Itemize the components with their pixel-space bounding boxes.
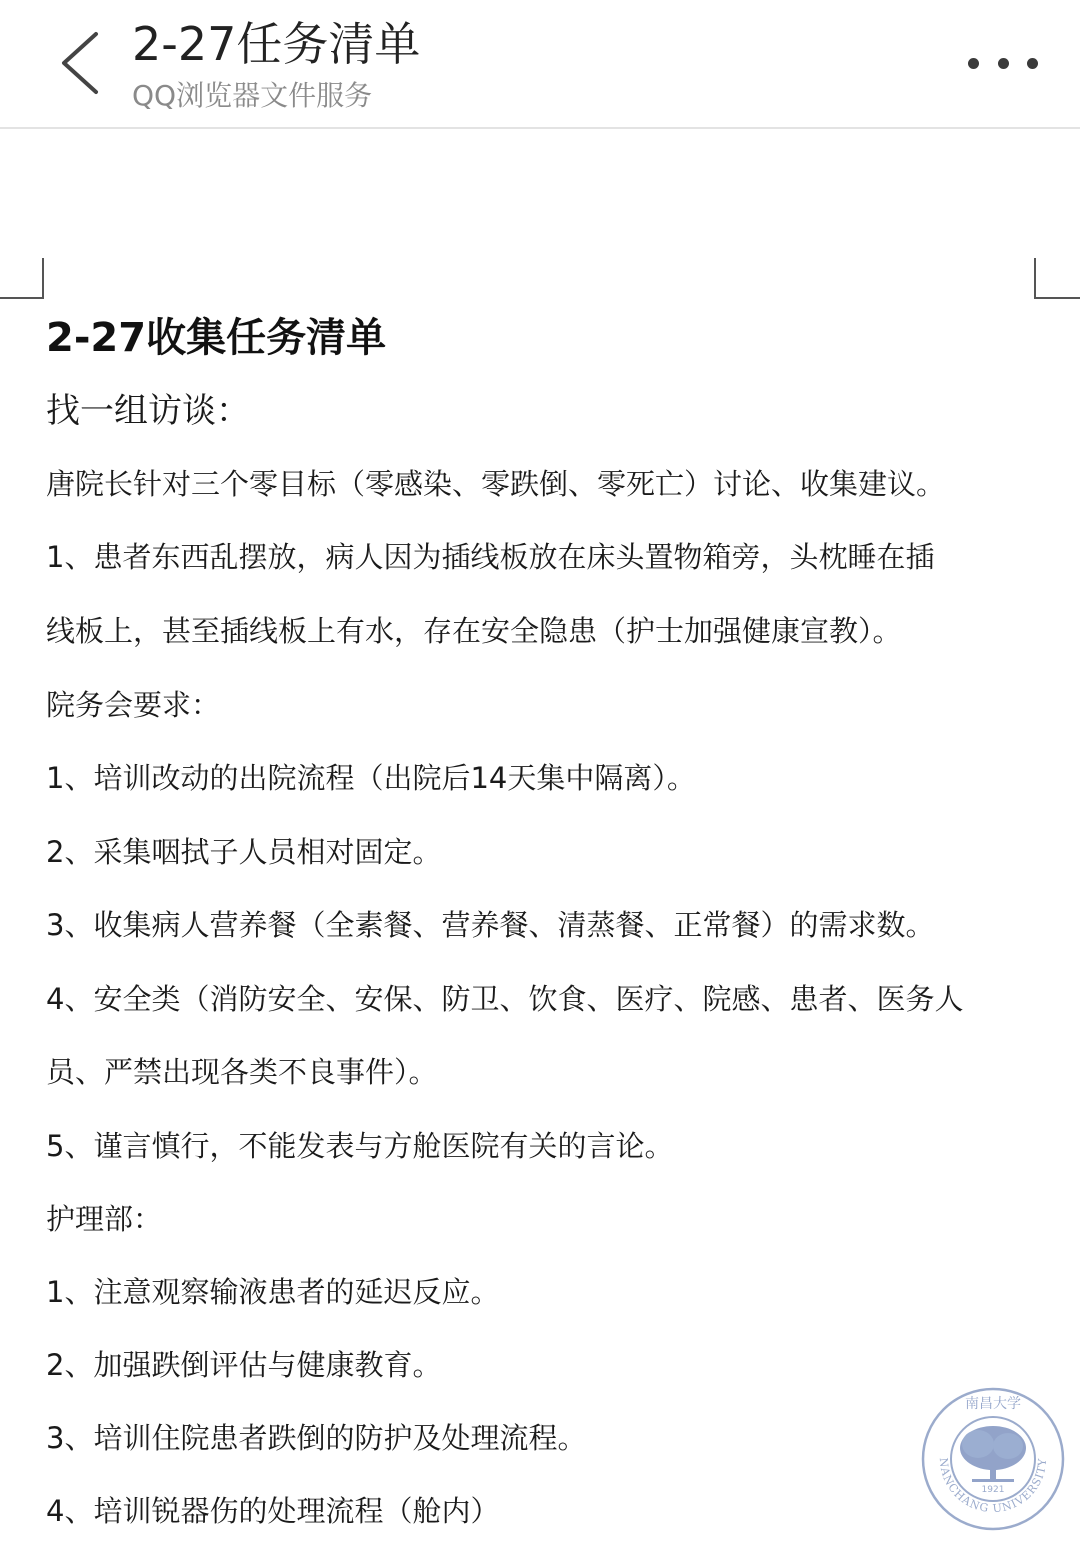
more-horizontal-icon [968,58,979,69]
paragraph-line: 唐院长针对三个零目标（零感染、零跌倒、零死亡）讨论、收集建议。 [46,462,945,506]
section-heading: 找一组访谈： [46,383,250,439]
list-item: 2、加强跌倒评估与健康教育。 [46,1343,441,1387]
list-item: 4、安全类（消防安全、安保、防卫、饮食、医疗、院感、患者、医务人 [46,977,963,1021]
page-title: 2-27任务清单 [132,14,420,74]
paragraph-line: 线板上，甚至插线板上有水，存在安全隐患（护士加强健康宣教）。 [46,609,902,653]
list-item: 3、培训住院患者跌倒的防护及处理流程。 [46,1416,586,1460]
svg-text:南昌大学: 南昌大学 [965,1395,1021,1412]
page-crop-mark-right [1034,258,1080,299]
subsection-heading: 护理部： [46,1197,162,1241]
list-item: 3、收集病人营养餐（全素餐、营养餐、清蒸餐、正常餐）的需求数。 [46,903,934,947]
list-item: 5、谨言慎行，不能发表与方舱医院有关的言论。 [46,1124,673,1168]
more-horizontal-icon [1027,58,1038,69]
paragraph-line: 1、患者东西乱摆放，病人因为插线板放在床头置物箱旁，头枕睡在插 [46,535,934,579]
list-item: 2、采集咽拭子人员相对固定。 [46,830,441,874]
more-options-button[interactable] [968,46,1038,80]
list-item: 4、培训锐器伤的处理流程（舱内） [46,1489,499,1533]
chevron-left-icon [56,28,108,98]
back-button[interactable] [56,28,108,98]
page-crop-mark-left [0,258,44,299]
document-title: 2-27收集任务清单 [46,308,386,368]
list-item: 员、严禁出现各类不良事件）。 [46,1050,438,1094]
nanchang-university-seal-icon: 1921 NANCHANG UNIVERSITY 南昌大学 [920,1386,1066,1532]
university-seal-watermark: 1921 NANCHANG UNIVERSITY 南昌大学 [920,1386,1066,1532]
app-header: 2-27任务清单 QQ浏览器文件服务 [0,0,1080,129]
list-item: 1、注意观察输液患者的延迟反应。 [46,1270,499,1314]
list-item: 1、培训改动的出院流程（出院后14天集中隔离）。 [46,756,696,800]
subsection-heading: 院务会要求： [46,683,220,727]
page-subtitle: QQ浏览器文件服务 [132,76,372,116]
svg-text:1921: 1921 [982,1485,1005,1495]
more-horizontal-icon [998,58,1009,69]
